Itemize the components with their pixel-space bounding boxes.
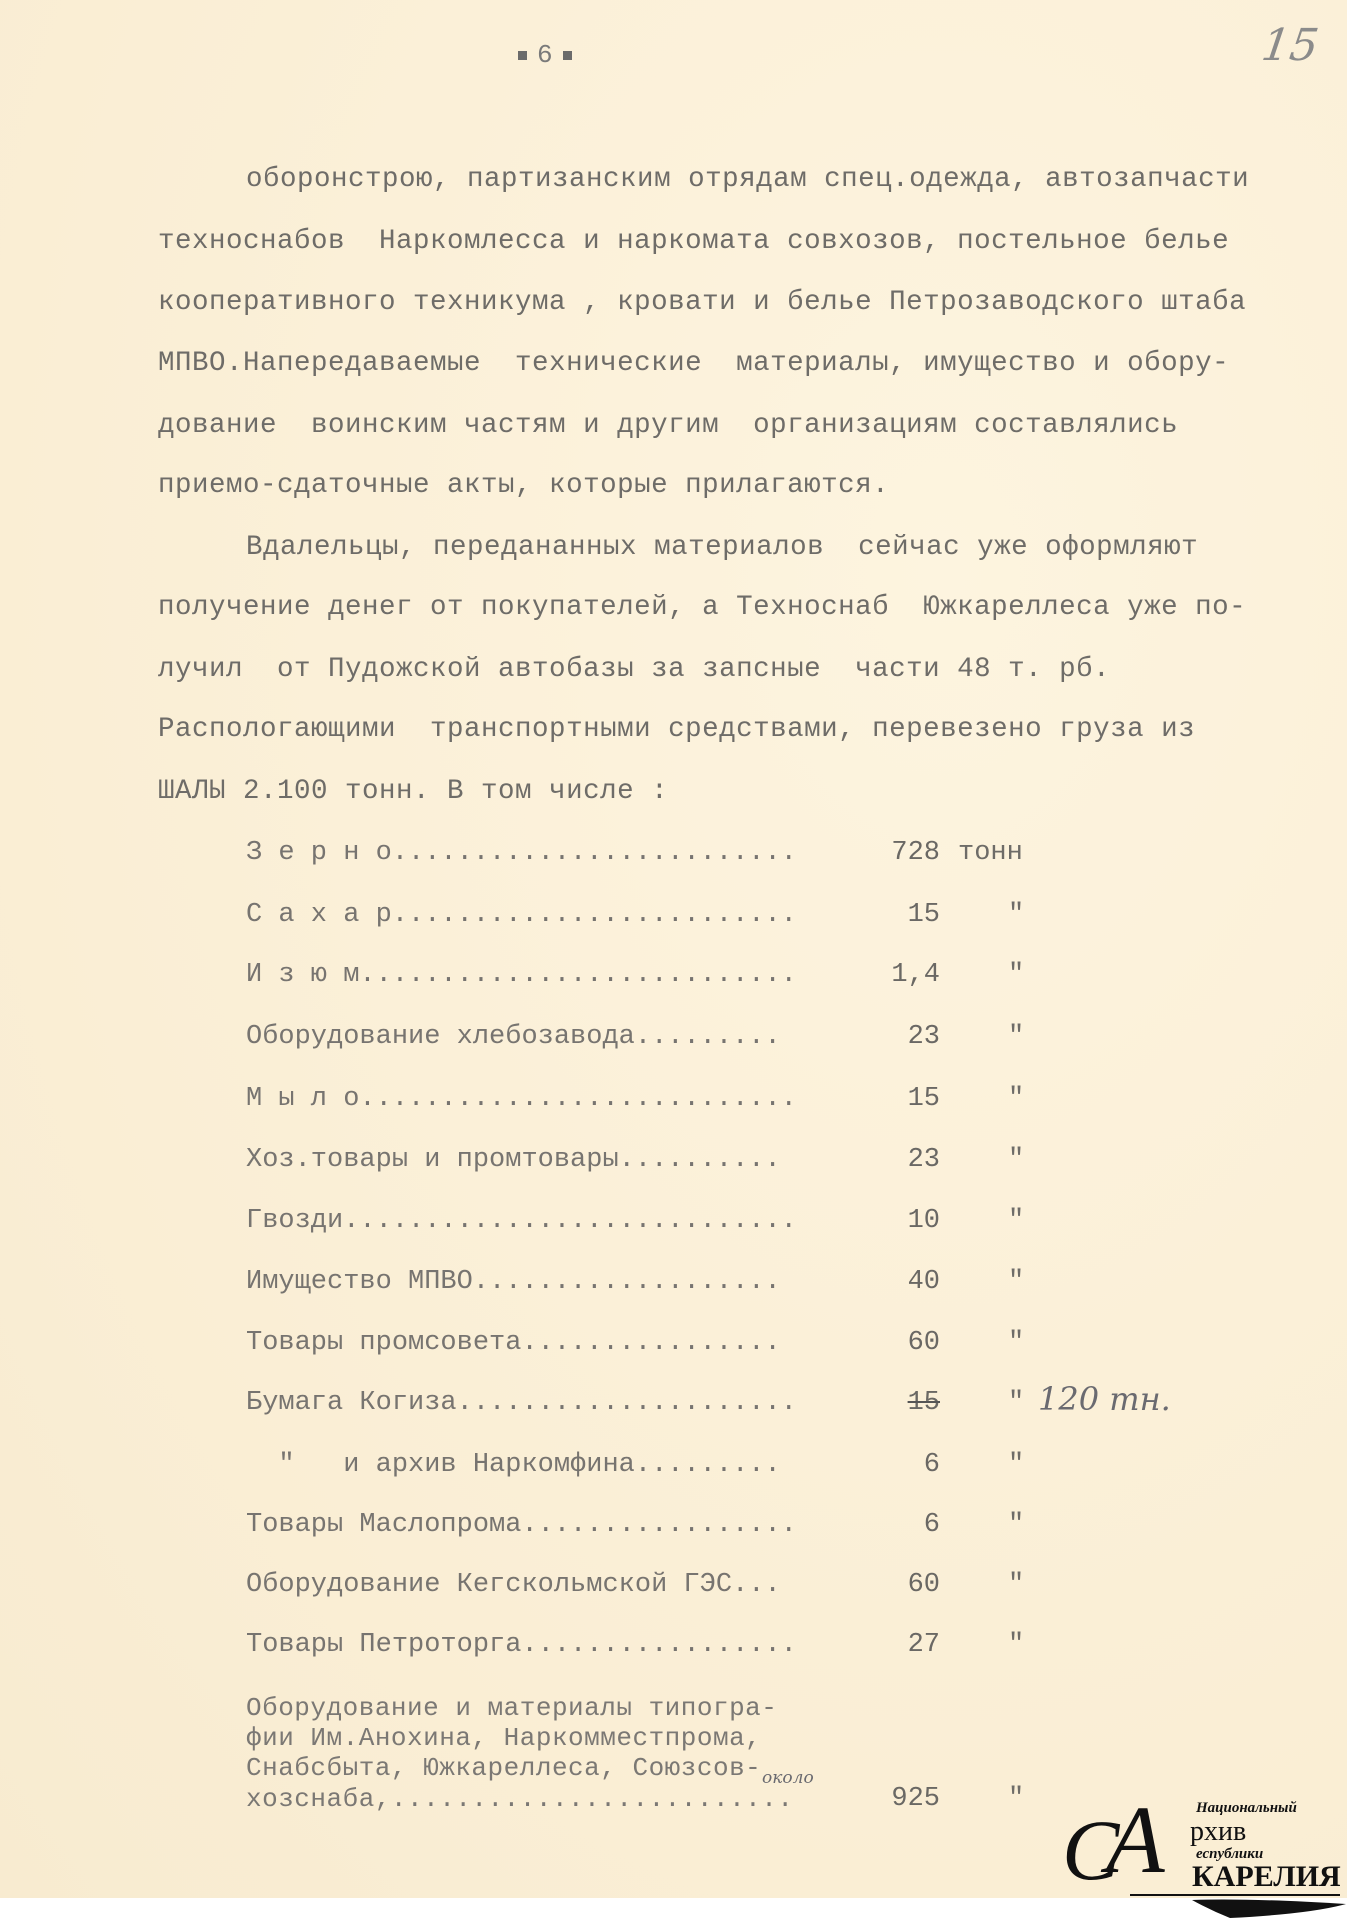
- paragraph2-line: ШАЛЫ 2.100 тонн. В том числе :: [158, 778, 668, 806]
- item-qty: 23: [850, 1022, 940, 1052]
- page-number-value: 6: [537, 40, 553, 70]
- logo-initial-a: А: [1106, 1784, 1165, 1895]
- item-unit: ": [1008, 1206, 1024, 1236]
- item-qty: 15: [850, 1084, 940, 1114]
- item-label: " и архив Наркомфина.........: [246, 1450, 781, 1480]
- quill-feather-icon: [1190, 1896, 1347, 1920]
- paragraph1-line: кооперативного техникума , кровати и бел…: [158, 289, 1246, 317]
- paragraph1-line: техноснабов Наркомлесса и наркомата совх…: [158, 228, 1229, 256]
- item-unit: ": [1008, 1022, 1024, 1052]
- item-unit: ": [1008, 1328, 1024, 1358]
- item-qty: 6: [850, 1450, 940, 1480]
- item-label-line: Оборудование и материалы типогра-: [246, 1692, 777, 1724]
- item-qty: 1,4: [850, 960, 940, 990]
- item-qty: 10: [850, 1206, 940, 1236]
- item-label: Хоз.товары и промтовары..........: [246, 1145, 781, 1175]
- item-unit: ": [1008, 1267, 1024, 1297]
- item-label: Имущество МПВО...................: [246, 1267, 781, 1297]
- item-qty: 728: [850, 838, 940, 868]
- item-unit: ": [1008, 900, 1024, 930]
- item-unit: тонн: [958, 838, 1023, 868]
- item-unit: ": [1008, 1784, 1024, 1814]
- item-label-line: Снабсбыта, Южкареллеса, Союзсов-: [246, 1752, 761, 1784]
- item-label: Товары промсовета................: [246, 1328, 781, 1358]
- paragraph2-line: получение денег от покупателей, а Технос…: [158, 594, 1246, 622]
- paragraph1-line: МПВО.Напередаваемые технические материал…: [158, 350, 1229, 378]
- logo-line1: Национальный: [1196, 1800, 1297, 1817]
- paragraph2-line: Вдалельцы, передананных материалов сейча…: [246, 534, 1198, 562]
- document-page: [0, 0, 1347, 1898]
- item-unit: ": [1008, 1450, 1024, 1480]
- archive-logo: C А Национальный рхив еспублики КАРЕЛИЯ: [1050, 1790, 1347, 1920]
- item-label-line: фии Им.Анохина, Наркомместпрома,: [246, 1722, 761, 1754]
- item-unit: ": [1008, 1570, 1024, 1600]
- item-qty: 6: [850, 1510, 940, 1540]
- item-qty: 40: [850, 1267, 940, 1297]
- item-label: З е р н о.........................: [246, 838, 797, 868]
- item-unit: ": [1008, 1510, 1024, 1540]
- item-label: Гвозди............................: [246, 1206, 797, 1236]
- logo-line4: КАРЕЛИЯ: [1192, 1860, 1341, 1894]
- item-label: С а х а р.........................: [246, 900, 797, 930]
- archive-sheet-number: 15: [1258, 20, 1321, 71]
- page-number: 6: [508, 40, 582, 70]
- paragraph1-line: приемо-сдаточные акты, которые прилагают…: [158, 472, 889, 500]
- item-label: Товары Маслопрома.................: [246, 1510, 797, 1540]
- paragraph1-line: дование воинским частям и другим организ…: [158, 412, 1178, 440]
- item-qty-struck: 15: [850, 1388, 940, 1418]
- paragraph2-line: Распологающими транспортными средствами,…: [158, 716, 1195, 744]
- item-qty: 60: [850, 1328, 940, 1358]
- item-label: И з ю м...........................: [246, 960, 797, 990]
- item-label: М ы л о...........................: [246, 1084, 797, 1114]
- item-qty: 27: [850, 1630, 940, 1660]
- handwritten-correction: 120 тн.: [1038, 1380, 1171, 1418]
- item-unit: ": [1008, 1084, 1024, 1114]
- dash-left: [518, 51, 527, 60]
- paragraph1-line: оборонстрою, партизанским отрядам спец.о…: [246, 166, 1249, 194]
- item-unit: ": [1008, 1630, 1024, 1660]
- item-label: Товары Петроторга.................: [246, 1630, 797, 1660]
- paragraph2-line: лучил от Пудожской автобазы за запсные ч…: [158, 656, 1110, 684]
- handwritten-note: около: [762, 1768, 814, 1788]
- item-label: Оборудование хлебозавода.........: [246, 1022, 781, 1052]
- item-qty: 15: [850, 900, 940, 930]
- item-label: Бумага Когиза.....................: [246, 1388, 797, 1418]
- item-qty: 925: [850, 1784, 940, 1814]
- item-unit: ": [1008, 1145, 1024, 1175]
- item-unit: ": [1008, 1388, 1024, 1418]
- logo-line2: рхив: [1190, 1816, 1246, 1848]
- item-label-line: хозснаба,.........................: [246, 1783, 794, 1815]
- item-label: Оборудование Кегскольмской ГЭС...: [246, 1570, 781, 1600]
- item-unit: ": [1008, 960, 1024, 990]
- item-qty: 60: [850, 1570, 940, 1600]
- item-qty: 23: [850, 1145, 940, 1175]
- dash-right: [563, 51, 572, 60]
